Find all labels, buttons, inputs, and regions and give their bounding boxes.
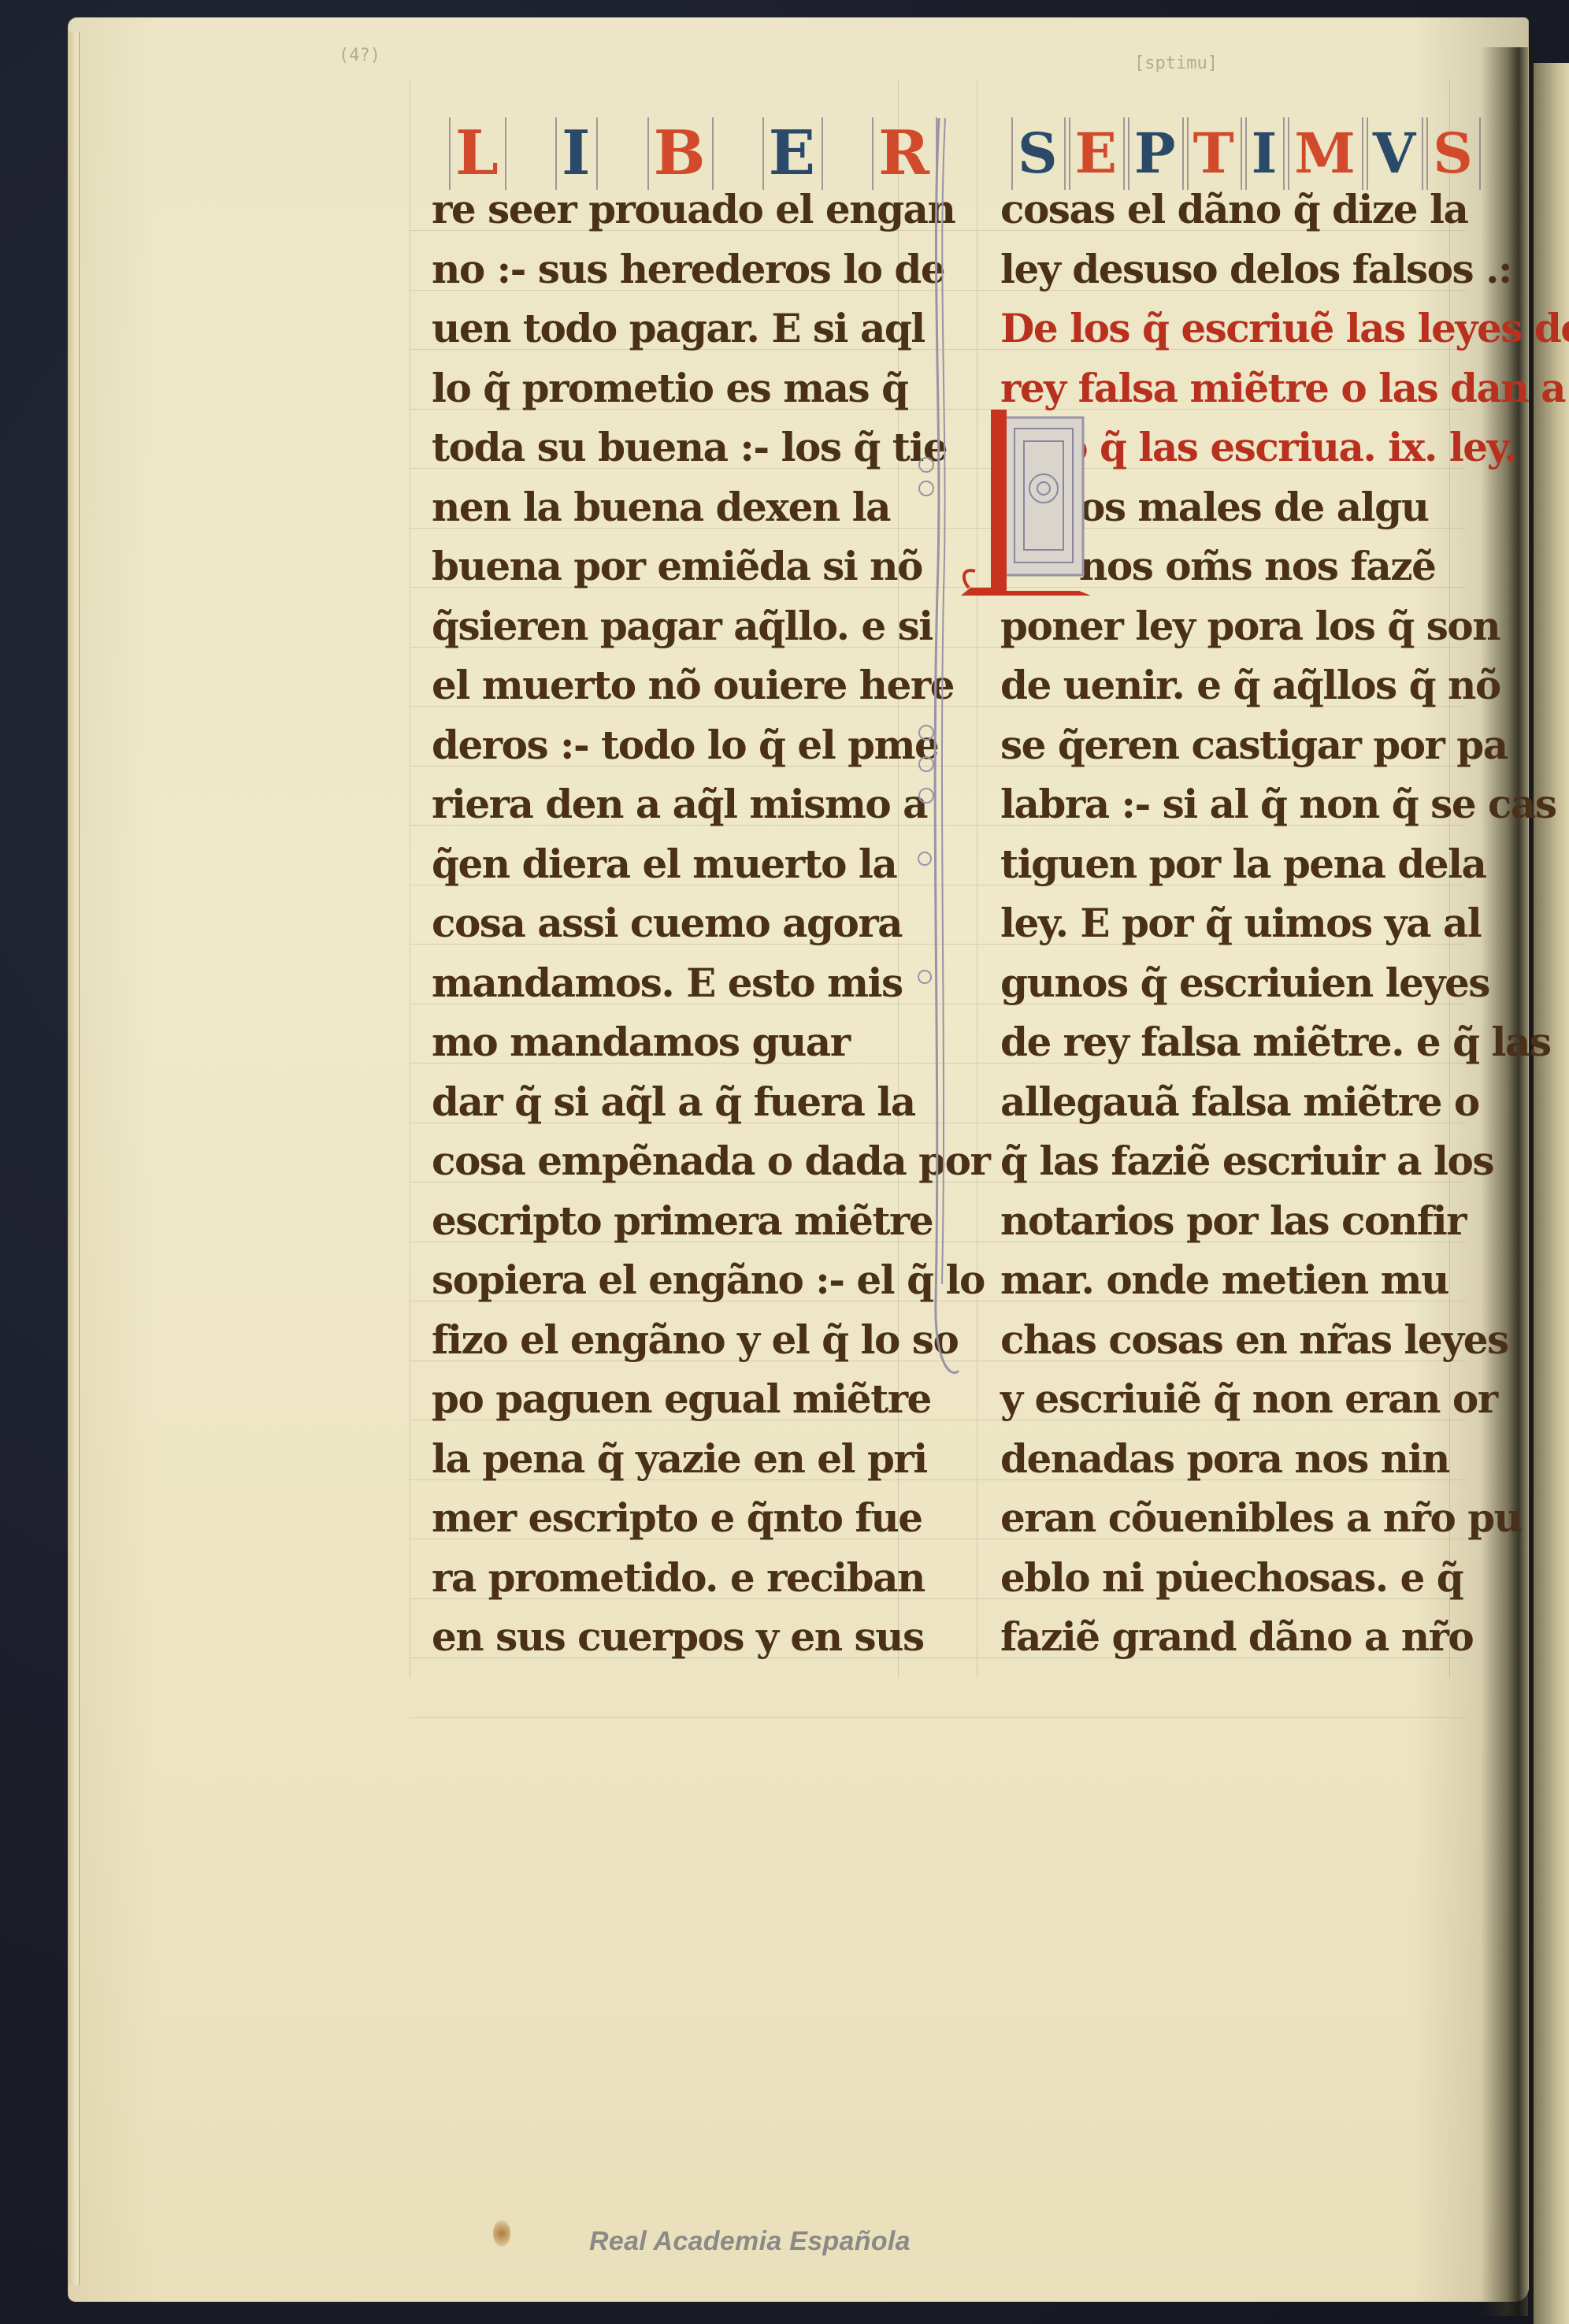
text-line: notarios por las confir: [1000, 1191, 1473, 1251]
text-line: cosas el dãno q̃ dize la: [1000, 180, 1473, 239]
text-line: gunos q̃ escriuien leyes: [1000, 953, 1473, 1013]
text-line: q̃ las faziẽ escriuir a los: [1000, 1131, 1473, 1191]
text-line: toda su buena :- los q̃ tie: [432, 418, 936, 477]
text-line: denadas pora nos nin: [1000, 1429, 1473, 1489]
institution-watermark: Real Academia Española: [589, 2226, 911, 2257]
rubric-line: rey falsa miẽtre o las dan a: [1000, 358, 1473, 418]
text-line: tiguen por la pena dela: [1000, 834, 1473, 894]
text-line: ley desuso delos falsos .:: [1000, 239, 1473, 299]
text-line: fizo el engãno y el q̃ lo so: [432, 1310, 936, 1370]
text-line: dar q̃ si aq̃l a q̃ fuera la: [432, 1072, 936, 1132]
text-line: allegauã falsa miẽtre o: [1000, 1072, 1473, 1132]
text-line: no :- sus herederos lo de: [432, 239, 936, 299]
text-line: de uenir. e q̃ aq̃llos q̃ nõ: [1000, 655, 1473, 715]
text-line: labra :- si al q̃ non q̃ se cas: [1000, 774, 1473, 834]
text-line: nen la buena dexen la: [432, 477, 936, 537]
text-line: mer escripto e q̃nto fue: [432, 1488, 936, 1548]
rubric-line: De los q̃ escriuẽ las leyes del: [1000, 299, 1473, 358]
text-line: riera den a aq̃l mismo a: [432, 774, 936, 834]
text-line: re seer prouado el engan: [432, 180, 936, 239]
text-line: faziẽ grand dãno a nr̃o: [1000, 1607, 1473, 1667]
text-line: escripto primera miẽtre: [432, 1191, 936, 1251]
text-line: q̃sieren pagar aq̃llo. e si: [432, 596, 936, 656]
margin-note-top-left: (4?): [339, 46, 380, 65]
text-line: de rey falsa miẽtre. e q̃ las: [1000, 1012, 1473, 1072]
text-line: mo mandamos guar: [432, 1012, 936, 1072]
margin-note-top-right: [sptimu]: [1134, 54, 1218, 73]
text-line: lo q̃ prometio es mas q̃: [432, 358, 936, 418]
text-line: eblo ni pu̇echosas. e q̃: [1000, 1548, 1473, 1608]
text-line: eran cõuenibles a nr̃o pu: [1000, 1488, 1473, 1548]
text-line: ra prometido. e reciban: [432, 1548, 936, 1608]
text-line: chas cosas en nr̃as leyes: [1000, 1310, 1473, 1370]
foxing-stain: [493, 2220, 510, 2247]
text-line: q̃en diera el muerto la: [432, 834, 936, 894]
text-line: ley. E por q̃ uimos ya al: [1000, 893, 1473, 953]
text-line: se q̃eren castigar por pa: [1000, 715, 1473, 775]
text-line: el muerto nõ ouiere here: [432, 655, 936, 715]
pen-flourish-decoration: [907, 118, 963, 1394]
text-line: uen todo pagar. E si aql: [432, 299, 936, 358]
text-line: mandamos. E esto mis: [432, 953, 936, 1013]
text-line: deros :- todo lo q̃ el pme: [432, 715, 936, 775]
page-left-edge: [68, 32, 80, 2285]
illuminated-initial-l: [961, 410, 1091, 622]
text-line: en sus cuerpos y en sus: [432, 1607, 936, 1667]
text-column-left: re seer prouado el enganno :- sus herede…: [432, 180, 936, 1667]
text-line: y escriuiẽ q̃ non eran or: [1000, 1369, 1473, 1429]
text-line: po paguen egual miẽtre: [432, 1369, 936, 1429]
text-line: cosa empẽnada o dada por: [432, 1131, 936, 1191]
text-line: mar. onde metien mu: [1000, 1250, 1473, 1310]
text-line: buena por emiẽda si nõ: [432, 536, 936, 596]
text-column-right: cosas el dãno q̃ dize laley desuso delos…: [1000, 180, 1473, 1667]
text-line: la pena q̃ yazie en el pri: [432, 1429, 936, 1489]
text-line: sopiera el engãno :- el q̃ lo: [432, 1250, 936, 1310]
text-line: cosa assi cuemo agora: [432, 893, 936, 953]
